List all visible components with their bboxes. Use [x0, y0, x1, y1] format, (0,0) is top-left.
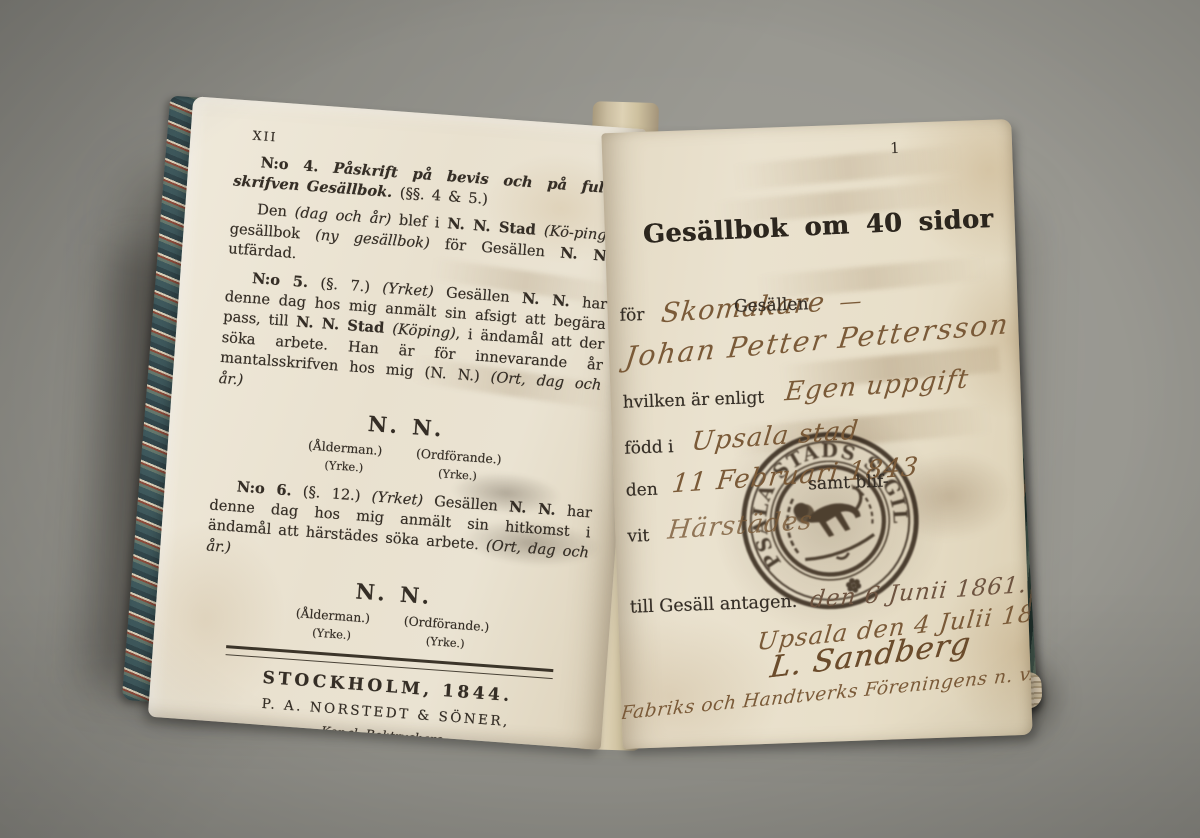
- role-column: (Ålderman.) (Yrke.): [294, 605, 371, 645]
- text-run: (Yrket): [382, 279, 434, 300]
- photograph-scene: XII N:o 4. Påskrift på bevis och på full…: [0, 0, 1200, 838]
- printed-label: vit: [627, 526, 650, 547]
- right-page-body: 1 Gesällbok om 40 sidor för Skomakare — …: [601, 119, 1032, 749]
- printed-label: till Gesäll antagen.: [630, 592, 798, 618]
- text-run: N. N. Stad: [296, 314, 393, 338]
- printed-label: den: [626, 480, 659, 501]
- role-column: (Ordförande.) (Yrke.): [414, 445, 502, 486]
- page-title: Gesällbok om 40 sidor: [642, 204, 994, 250]
- text-run: Den: [257, 202, 296, 222]
- text-run: N. N. Stad: [447, 216, 545, 240]
- text-run: (dag och år): [294, 204, 392, 228]
- form-line-birthdate: den 11 Februari 1843 samt blif-: [625, 462, 919, 502]
- handwritten-birthplace: Upsala stad: [690, 416, 860, 458]
- role-column: (Ordförande.) (Yrke.): [402, 613, 490, 654]
- role-label: (Yrke.): [294, 624, 369, 645]
- paragraph-no6: N:o 6. (§. 12.) (Yrket) Gesällen N. N. h…: [206, 475, 593, 584]
- text-run: N:o 4.: [260, 154, 319, 175]
- text-run: (§. 12.): [291, 482, 372, 505]
- printed-label: född i: [624, 437, 674, 459]
- paragraph-no5: N:o 5. (§. 7.) (Yrket) Gesällen N. N. ha…: [218, 267, 608, 417]
- form-line-signature: L. Sandberg: [771, 635, 970, 677]
- text-run: (Köping): [392, 321, 457, 343]
- left-page-body: XII N:o 4. Påskrift på bevis och på full…: [148, 96, 646, 750]
- printed-label: hvilken är enligt: [622, 388, 764, 413]
- printed-label: samt blif-: [808, 472, 889, 495]
- text-run: N. N.: [560, 244, 612, 265]
- text-run: (§§. 4 & 5.): [399, 185, 488, 208]
- role-column: (Ålderman.) (Yrke.): [306, 437, 383, 477]
- form-line-vit: vit Härstädes: [627, 512, 813, 548]
- text-run: N. N.: [522, 289, 571, 309]
- text-run: (Yrket): [371, 488, 423, 509]
- text-run: N. N.: [509, 498, 557, 518]
- form-line-born: född i Upsala stad: [624, 423, 860, 461]
- text-run: N:o 5.: [252, 270, 309, 291]
- text-run: Gesällen: [422, 492, 509, 515]
- imprint-block: STOCKHOLM, 1844. P. A. NORSTEDT & SÖNER,…: [193, 643, 580, 750]
- text-run: utfärdad.: [228, 240, 297, 262]
- text-run: (Kö-ping): [543, 223, 612, 245]
- role-label: (Yrke.): [306, 456, 381, 477]
- text-run: blef i: [390, 211, 448, 232]
- text-run: Gesällen: [433, 283, 523, 306]
- handwritten-statement: Egen uppgift: [783, 364, 970, 407]
- handwritten-dash: —: [838, 289, 864, 316]
- text-run: (ny gesällbok): [315, 226, 431, 251]
- printed-label: Gesällen: [734, 294, 809, 317]
- left-page: XII N:o 4. Påskrift på bevis och på full…: [148, 96, 646, 750]
- text-run: N:o 6.: [236, 478, 292, 499]
- form-line-according: hvilken är enligt Egen uppgift: [622, 373, 968, 415]
- text-run: gesällbok: [229, 220, 316, 243]
- right-page: UPSALA STADS SIGILL: [601, 119, 1032, 749]
- handwritten-residence: Härstädes: [666, 506, 814, 546]
- text-run: (§. 7.): [307, 274, 383, 296]
- printed-label: för: [619, 305, 644, 326]
- right-folio: 1: [890, 139, 900, 157]
